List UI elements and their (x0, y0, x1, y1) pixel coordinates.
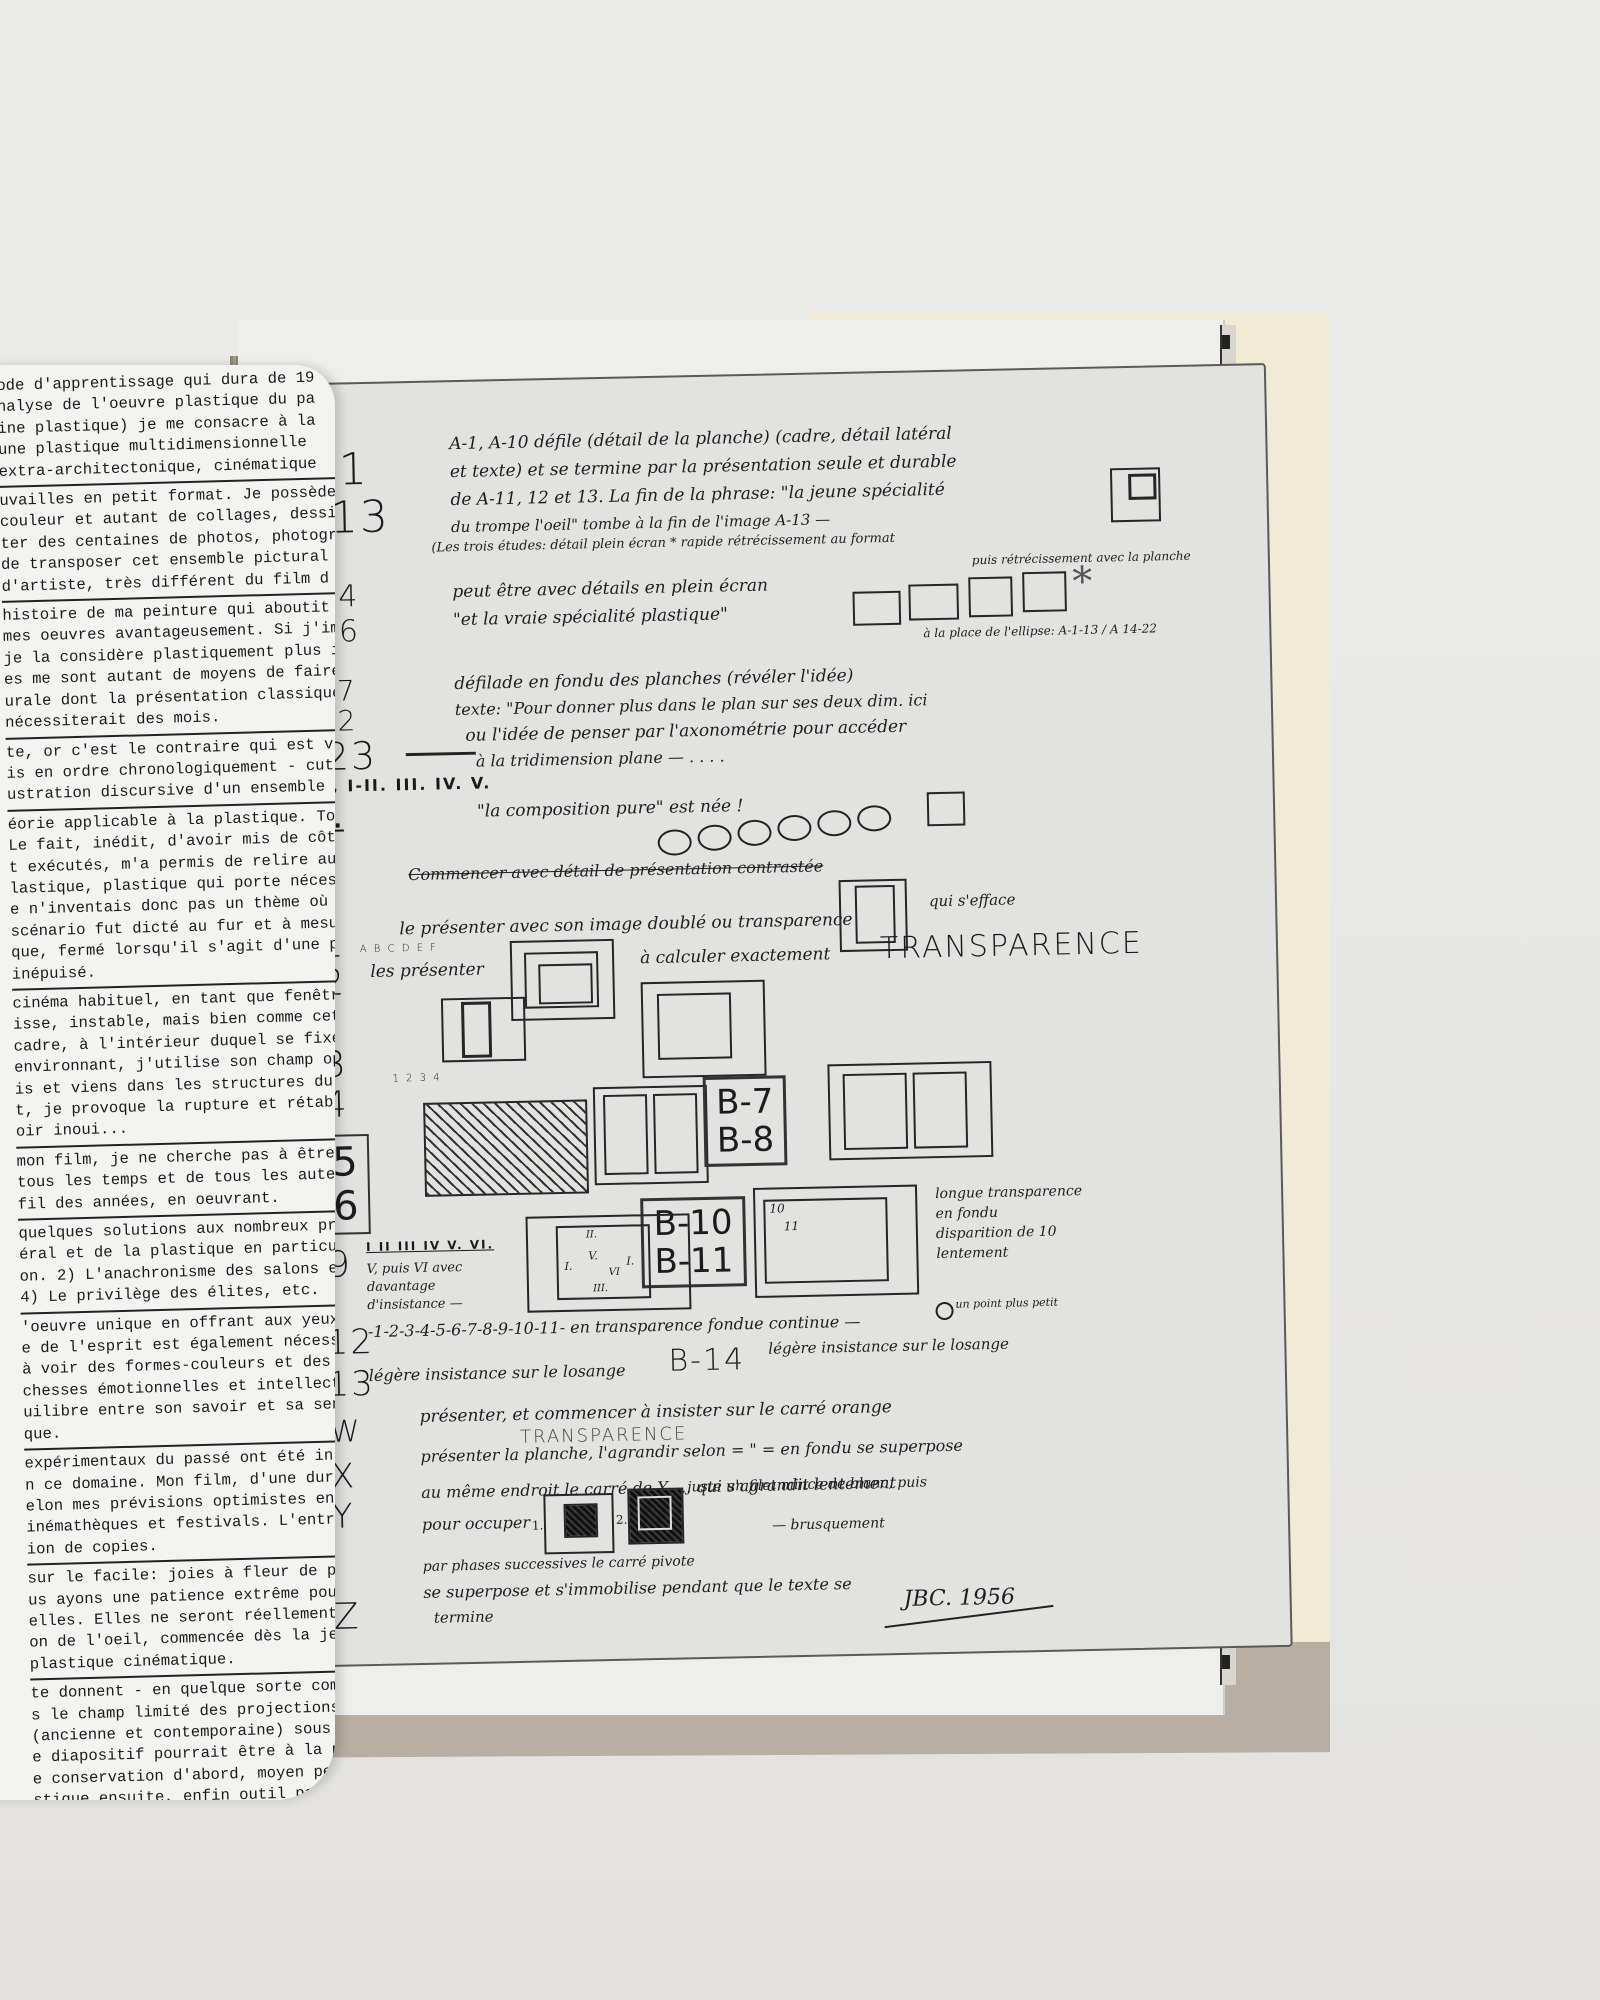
label-z: Z (333, 1596, 361, 1638)
signature: JBC. 1956 (903, 1585, 1015, 1612)
note-line: le présenter avec son image doublé ou tr… (399, 910, 852, 939)
dark-square-figure-1 (564, 1503, 599, 1538)
transparence-overlay: TRANSPARENCE (520, 1423, 688, 1447)
loop-scribble (697, 824, 732, 851)
cube-label: I. (564, 1260, 572, 1273)
note-line: "et la vraie spécialité plastique" (453, 604, 728, 630)
panel-sketch (653, 1093, 699, 1174)
paragraph: éorie applicable à la plastique. Tout Le… (7, 803, 335, 991)
panel-sketch (603, 1094, 649, 1175)
loop-scribble (857, 805, 892, 832)
star-icon: * (1072, 559, 1093, 605)
note-line: termine (434, 1608, 494, 1627)
note-line: "la composition pure" est née ! (477, 796, 744, 822)
paragraph: expérimentaux du passé ont été insuffisa… (24, 1442, 335, 1566)
label-b14: B-14 (668, 1342, 745, 1379)
note-line: un point plus petit (955, 1296, 1058, 1311)
label-b8: B-8 (717, 1120, 775, 1161)
perspective-box-sketch (852, 591, 901, 626)
note-line: texte: "Pour donner plus dans le plan su… (455, 690, 928, 719)
note-line: peut être avec détails en plein écran (452, 576, 768, 603)
note-line: par phases successives le carré pivote (423, 1553, 695, 1575)
heading-transparence: TRANSPARENCE (880, 926, 1143, 966)
typewritten-text: ode d'apprentissage qui dura de 19 nalys… (0, 365, 335, 1800)
arrow-line (406, 752, 476, 756)
paragraph: ode d'apprentissage qui dura de 19 nalys… (0, 365, 335, 488)
number-sequence: -1-2-3-4-5-6-7-8-9-10-11- en transparenc… (368, 1312, 861, 1341)
manuscript-facsimile: A-1 A-13 A-1, A-10 défile (détail de la … (266, 363, 1293, 1668)
frame-number-11: 11 (784, 1219, 800, 1233)
letters-abcdef: A B C D E F (360, 943, 438, 956)
note-line: ou l'idée de penser par l'axonométrie po… (465, 717, 906, 746)
note-line: défilade en fondu des planches (révéler … (454, 666, 853, 694)
note-line: A-1, A-10 défile (détail de la planche) … (449, 424, 952, 455)
paragraph: histoire de ma peinture qui aboutit à me… (2, 594, 335, 739)
hatched-panel-sketch (423, 1099, 589, 1196)
loop-scribble (737, 820, 772, 847)
note-line: du trompe l'oeil" tombe à la fin de l'im… (451, 510, 830, 536)
left-page: ode d'apprentissage qui dura de 19 nalys… (0, 365, 335, 1800)
note-line: se superpose et s'immobilise pendant que… (423, 1574, 852, 1602)
note-line: d'insistance — (367, 1296, 463, 1313)
note-line: longue transparence (935, 1183, 1082, 1202)
cube-label: III. (593, 1283, 608, 1294)
panel-sketch (843, 1073, 909, 1150)
note-line: qui s'efface (929, 890, 1016, 910)
paragraph: mon film, je ne cherche pas à être à la … (16, 1140, 335, 1221)
loop-scribble (817, 810, 852, 837)
note-line: lentement (936, 1245, 1008, 1263)
panel-sketch (913, 1071, 969, 1148)
note-line: V, puis VI avec (366, 1260, 462, 1277)
paragraph: te, or c'est le contraire qui est vrai i… (6, 730, 335, 811)
paragraph: te donnent - en quelque sorte comme sous… (30, 1672, 335, 1800)
perspective-box-sketch (968, 576, 1013, 617)
note-line: présenter, et commencer à insister sur l… (419, 1397, 892, 1427)
small-circle-icon (935, 1302, 953, 1320)
cube-label: V. (588, 1249, 598, 1262)
note-line: disparition de 10 (936, 1224, 1057, 1243)
paragraph: sur le facile: joies à fleur de peau, r … (27, 1557, 335, 1681)
white-filet-figure-2 (637, 1496, 672, 1531)
note-line: davantage (367, 1279, 436, 1295)
loop-scribble (657, 829, 692, 856)
note-line: — brusquement (772, 1515, 885, 1533)
note-line: de A-11, 12 et 13. La fin de la phrase: … (450, 480, 945, 510)
paragraph: uvailles en petit format. Je possède cou… (0, 479, 335, 603)
sketch-frame (927, 791, 966, 826)
perspective-box-sketch (1022, 571, 1067, 612)
note-line: légère insistance sur le losange (369, 1361, 626, 1385)
stacked-frames-sketch (657, 992, 732, 1060)
cube-label: II. (586, 1229, 597, 1240)
note-line: présenter la planche, l'agrandir selon =… (420, 1436, 963, 1466)
cube-label: VI (609, 1267, 620, 1278)
figure-2-label: 2. (616, 1513, 628, 1527)
sketch-square (1128, 473, 1157, 500)
note-line: en fondu (935, 1205, 998, 1222)
paragraph: quelques solutions aux nombreux problèm … (18, 1212, 335, 1314)
roman-sequence: I II III IV V. VI. (366, 1237, 494, 1254)
numbers-1234: 1 2 3 4 (392, 1072, 441, 1084)
layered-frames-sketch (538, 963, 593, 1004)
note-line: et texte) et se termine par la présentat… (450, 452, 957, 483)
note-line: à calculer exactement (640, 944, 831, 968)
paragraph: 'oeuvre unique en offrant aux yeux de la… (21, 1305, 335, 1450)
crossed-scribble: Commencer avec détail de présentation co… (408, 856, 823, 884)
cube-label: I. (626, 1254, 634, 1267)
side-note: à la place de l'ellipse: A-1-13 / A 14-2… (923, 621, 1157, 640)
sketch-panel (461, 1001, 492, 1058)
frame-number-10: 10 (769, 1201, 785, 1215)
perspective-box-sketch (908, 584, 959, 621)
paragraph: cinéma habituel, en tant que fenêtre iss… (12, 982, 335, 1149)
note-line: les présenter (370, 960, 484, 982)
label-b7: B-7 (716, 1082, 774, 1123)
figure-1-label: 1. (532, 1518, 544, 1532)
label-b7-b8: B-7B-8 (703, 1075, 788, 1167)
loop-scribble (777, 815, 812, 842)
note-line: légère insistance sur le losange (768, 1335, 1009, 1358)
note-line: pour occuper (422, 1513, 531, 1534)
note-line: à la tridimension plane — . . . . (476, 746, 725, 770)
